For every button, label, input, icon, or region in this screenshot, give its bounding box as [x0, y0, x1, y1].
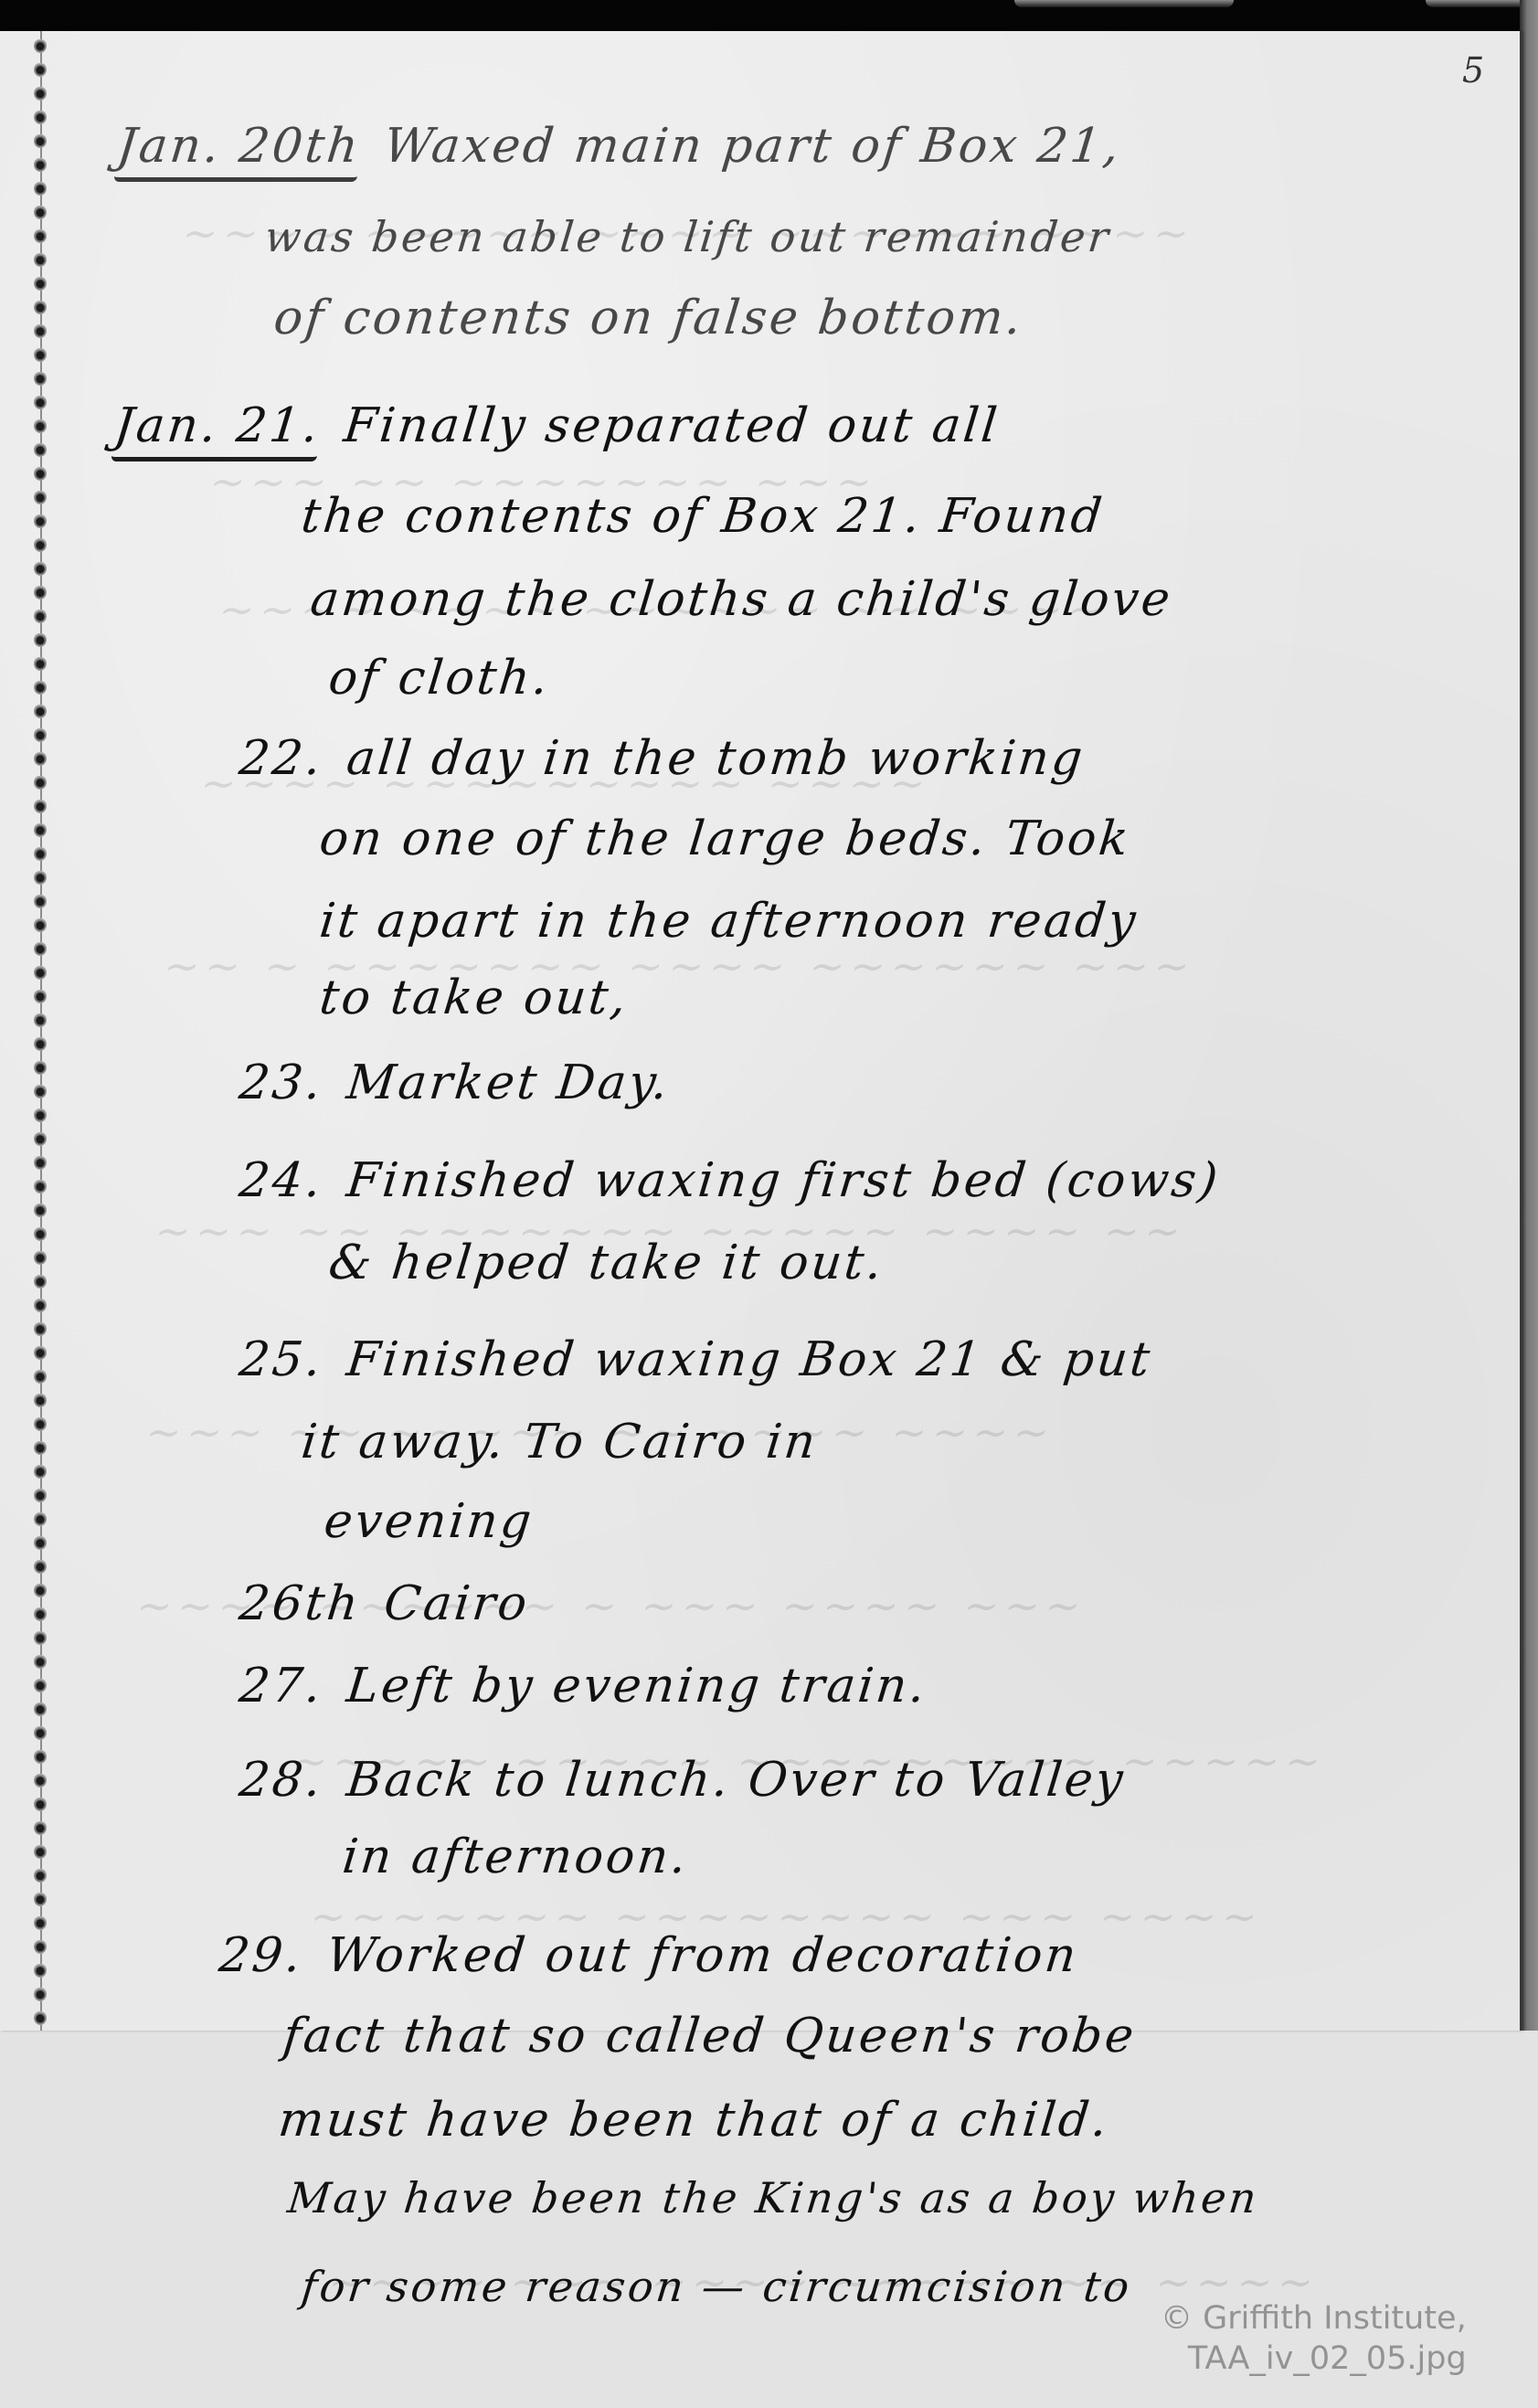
spiral-hole — [34, 632, 47, 647]
spiral-hole — [34, 799, 47, 813]
spiral-hole — [34, 419, 47, 433]
spiral-hole — [34, 1939, 47, 1954]
spiral-hole — [34, 680, 47, 695]
spiral-hole — [34, 252, 47, 267]
spiral-hole — [34, 656, 47, 671]
spiral-hole — [34, 181, 47, 196]
entry-date: 28. — [237, 1753, 326, 1808]
spiral-hole — [34, 1844, 47, 1859]
spiral-hole — [34, 2010, 47, 2025]
spiral-hole — [34, 1464, 47, 1479]
spiral-hole — [34, 1226, 47, 1241]
spiral-hole — [34, 918, 47, 932]
spiral-hole — [34, 704, 47, 718]
spiral-hole — [34, 1892, 47, 1906]
spiral-hole — [34, 1963, 47, 1978]
scan-top-edge — [0, 0, 1538, 31]
spiral-hole — [34, 490, 47, 504]
entry-28: 28.Back to lunch. Over to Valley — [237, 1753, 1129, 1808]
entry-line: among the cloths a child's glove — [308, 572, 1175, 627]
spiral-hole — [34, 1535, 47, 1550]
spiral-binding — [33, 31, 49, 2031]
spiral-hole — [34, 300, 47, 314]
entry-24: 24.Finished waxing first bed (cows) — [237, 1153, 1223, 1208]
spiral-hole — [34, 133, 47, 148]
entry-line: must have been that of a child. — [276, 2093, 1112, 2148]
entry-line: Cairo — [381, 1576, 532, 1631]
entry-date: Jan. 20th — [113, 119, 363, 182]
spiral-hole — [34, 775, 47, 790]
spiral-hole — [34, 1820, 47, 1835]
entry-26: 26thCairo — [237, 1576, 532, 1631]
entry-line: the contents of Box 21. Found — [299, 489, 1108, 544]
spiral-hole — [34, 466, 47, 481]
spiral-hole — [34, 1274, 47, 1289]
spiral-hole — [34, 1393, 47, 1407]
spiral-hole — [34, 1512, 47, 1526]
spiral-hole — [34, 442, 47, 457]
spiral-hole — [34, 38, 47, 53]
entry-line: for some reason — circumcision to — [299, 2262, 1134, 2311]
entry-line: to take out, — [317, 971, 631, 1025]
entry-line: Back to lunch. Over to Valley — [345, 1753, 1129, 1808]
spiral-hole — [34, 1321, 47, 1336]
entry-line: Finished waxing Box 21 & put — [345, 1332, 1155, 1387]
spiral-hole — [34, 1749, 47, 1764]
spiral-hole — [34, 110, 47, 124]
entry-date: 25. — [237, 1332, 326, 1387]
spiral-hole — [34, 324, 47, 338]
spiral-hole — [34, 1298, 47, 1312]
entry-27: 27.Left by evening train. — [237, 1659, 930, 1713]
spiral-hole — [34, 846, 47, 861]
spiral-hole — [34, 1773, 47, 1787]
entry-line: Waxed main part of Box 21, — [381, 119, 1124, 174]
spiral-hole — [34, 1203, 47, 1217]
entry-date: 26th — [237, 1576, 364, 1631]
entry-line: in afternoon. — [340, 1830, 692, 1884]
entry-date: 22. — [237, 731, 326, 786]
spiral-hole — [34, 1084, 47, 1098]
spiral-hole — [34, 1131, 47, 1146]
spiral-hole — [34, 228, 47, 243]
entry-line: on one of the large beds. Took — [317, 812, 1133, 866]
copyright-watermark: © Griffith Institute, TAA_iv_02_05.jpg — [1161, 2298, 1467, 2379]
entry-line: all day in the tomb working — [345, 731, 1088, 786]
entry-line: Finally separated out all — [341, 398, 1002, 453]
entry-line: of cloth. — [326, 651, 553, 705]
entry-line: it away. To Cairo in — [299, 1415, 821, 1469]
entry-date: 23. — [237, 1055, 326, 1110]
entry-line: & helped take it out. — [326, 1236, 887, 1290]
spiral-hole — [34, 1440, 47, 1455]
spiral-hole — [34, 609, 47, 623]
entry-25: 25.Finished waxing Box 21 & put — [237, 1332, 1155, 1387]
watermark-filename: TAA_iv_02_05.jpg — [1161, 2339, 1467, 2379]
entry-date: 29. — [217, 1928, 306, 1983]
spiral-hole — [34, 537, 47, 552]
spiral-hole — [34, 1915, 47, 1930]
spiral-hole — [34, 371, 47, 386]
entry-22: 22.all day in the tomb working — [237, 731, 1087, 786]
spiral-hole — [34, 1369, 47, 1384]
entry-date: Jan. 21. — [111, 398, 323, 461]
spiral-hole — [34, 1987, 47, 2001]
spiral-hole — [34, 157, 47, 172]
entry-line: fact that so called Queen's robe — [281, 2009, 1139, 2063]
spiral-hole — [34, 62, 47, 77]
watermark-copyright: © Griffith Institute, — [1161, 2298, 1467, 2339]
spiral-hole — [34, 1179, 47, 1193]
spiral-hole — [34, 1607, 47, 1621]
spiral-hole — [34, 1678, 47, 1692]
entry-line: Market Day. — [345, 1055, 674, 1110]
entry-line: evening — [322, 1494, 536, 1549]
page-number: 5 — [1462, 50, 1484, 90]
spiral-hole — [34, 751, 47, 766]
spiral-hole — [34, 1060, 47, 1075]
spiral-hole — [34, 965, 47, 980]
entry-29: 29.Worked out from decoration — [217, 1928, 1081, 1983]
spiral-hole — [34, 1725, 47, 1740]
entry-line: Finished waxing first bed (cows) — [345, 1153, 1224, 1208]
spiral-hole — [34, 205, 47, 219]
entry-date: 27. — [237, 1659, 326, 1713]
spiral-hole — [34, 1345, 47, 1360]
spiral-hole — [34, 870, 47, 885]
entry-line: it apart in the afternoon ready — [317, 894, 1140, 949]
spiral-hole — [34, 1108, 47, 1122]
entry-jan-21: Jan. 21.Finally separated out all — [111, 398, 1002, 461]
spiral-hole — [34, 514, 47, 528]
spiral-hole — [34, 1488, 47, 1502]
spiral-hole — [34, 822, 47, 837]
spiral-hole — [34, 894, 47, 908]
entry-23: 23.Market Day. — [237, 1055, 674, 1110]
spiral-hole — [34, 989, 47, 1003]
spiral-hole — [34, 941, 47, 956]
spiral-hole — [34, 1155, 47, 1170]
spiral-hole — [34, 1797, 47, 1811]
spiral-hole — [34, 1416, 47, 1431]
spiral-hole — [34, 1013, 47, 1027]
spiral-hole — [34, 1630, 47, 1645]
spiral-hole — [34, 1702, 47, 1716]
entry-line: Worked out from decoration — [324, 1928, 1082, 1983]
entry-date: 24. — [237, 1153, 326, 1208]
entry-line: was been able to lift out remainder — [262, 212, 1113, 261]
entry-line: Left by evening train. — [345, 1659, 930, 1713]
spiral-hole — [34, 1654, 47, 1669]
entry-line: May have been the King's as a boy when — [285, 2173, 1261, 2222]
binding-tab — [1014, 0, 1234, 7]
binding-tab — [1426, 0, 1535, 7]
spiral-hole — [34, 395, 47, 409]
spiral-hole — [34, 1868, 47, 1883]
spiral-hole — [34, 1036, 47, 1051]
spiral-hole — [34, 347, 47, 362]
spiral-hole — [34, 561, 47, 576]
spiral-hole — [34, 585, 47, 599]
spiral-hole — [34, 727, 47, 742]
entry-line: of contents on false bottom. — [271, 291, 1026, 345]
spiral-hole — [34, 1583, 47, 1597]
spiral-hole — [34, 1559, 47, 1574]
spiral-hole — [34, 86, 47, 101]
entry-jan-20: Jan. 20thWaxed main part of Box 21, — [113, 119, 1124, 182]
spiral-hole — [34, 1250, 47, 1265]
spiral-hole — [34, 276, 47, 291]
